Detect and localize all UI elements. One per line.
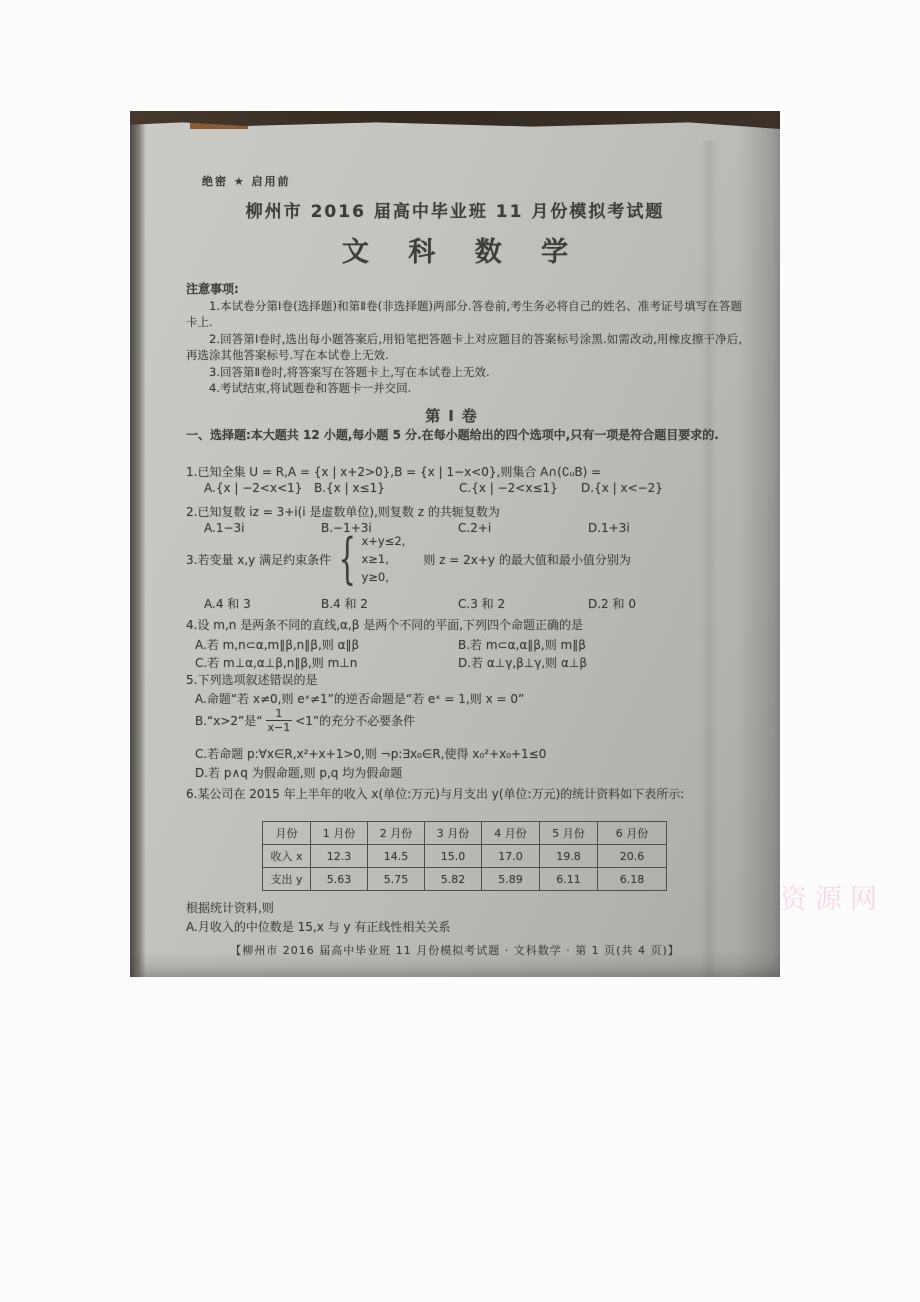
table-header-row: 月份 1 月份 2 月份 3 月份 4 月份 5 月份 6 月份 bbox=[263, 822, 667, 845]
question-6-followup: 根据统计资料,则 bbox=[186, 899, 742, 916]
expense-mar: 5.82 bbox=[425, 868, 482, 891]
income-mar: 15.0 bbox=[425, 845, 482, 868]
question-1-option-b: B.{x | x≤1} bbox=[314, 481, 385, 495]
question-6-option-a: A.月收入的中位数是 15,x 与 y 有正线性相关关系 bbox=[186, 918, 742, 935]
page-footer: 【柳州市 2016 届高中毕业班 11 月份模拟考试题 · 文科数学 · 第 1… bbox=[150, 942, 760, 958]
question-3-stem-post: 则 z = 2x+y 的最大值和最小值分别为 bbox=[423, 551, 631, 568]
question-5-option-d: D.若 p∧q 为假命题,则 p,q 均为假命题 bbox=[195, 764, 402, 781]
header-mar: 3 月份 bbox=[425, 822, 482, 845]
question-4-option-a: A.若 m,n⊂α,m∥β,n∥β,则 α∥β bbox=[195, 636, 359, 653]
paper-content: 绝密 ★ 启用前 柳州市 2016 届高中毕业班 11 月份模拟考试题 文 科 … bbox=[130, 111, 780, 977]
fraction-denominator: x−1 bbox=[266, 720, 293, 734]
question-3-option-b: B.4 和 2 bbox=[321, 595, 368, 612]
note-1: 1.本试卷分第Ⅰ卷(选择题)和第Ⅱ卷(非选择题)两部分.答卷前,考生务必将自己的… bbox=[186, 298, 742, 331]
question-5-option-c: C.若命题 p:∀x∈R,x²+x+1>0,则 ¬p:∃x₀∈R,使得 x₀²+… bbox=[195, 745, 546, 762]
constraint-1: x+y≤2, bbox=[361, 532, 405, 550]
constraint-2: x≥1, bbox=[361, 550, 405, 568]
income-feb: 14.5 bbox=[368, 845, 425, 868]
income-row: 收入 x 12.3 14.5 15.0 17.0 19.8 20.6 bbox=[263, 845, 667, 868]
question-1-stem: 1.已知全集 U = R,A = {x | x+2>0},B = {x | 1−… bbox=[186, 463, 742, 480]
income-jun: 20.6 bbox=[598, 845, 667, 868]
subject-title: 文 科 数 学 bbox=[150, 230, 760, 269]
question-4-options-row-1: A.若 m,n⊂α,m∥β,n∥β,则 α∥β B.若 m⊂α,α∥β,则 m∥… bbox=[186, 636, 742, 653]
note-2: 2.回答第Ⅰ卷时,选出每小题答案后,用铅笔把答题卡上对应题目的答案标号涂黑.如需… bbox=[186, 331, 742, 364]
question-1-option-d: D.{x | x<−2} bbox=[581, 481, 663, 495]
header-apr: 4 月份 bbox=[482, 822, 540, 845]
question-1-options: A.{x | −2<x<1} B.{x | x≤1} C.{x | −2<x≤1… bbox=[186, 481, 742, 498]
option-b-text-pre: B.“x>2”是“ bbox=[195, 712, 263, 729]
income-jan: 12.3 bbox=[311, 845, 368, 868]
income-expense-table: 月份 1 月份 2 月份 3 月份 4 月份 5 月份 6 月份 收入 x 12… bbox=[262, 821, 667, 891]
question-3-options: A.4 和 3 B.4 和 2 C.3 和 2 D.2 和 0 bbox=[186, 595, 742, 612]
expense-jan: 5.63 bbox=[311, 868, 368, 891]
expense-feb: 5.75 bbox=[368, 868, 425, 891]
section-1-heading: 第Ⅰ卷 bbox=[150, 405, 760, 426]
note-4: 4.考试结束,将试题卷和答题卡一并交回. bbox=[186, 380, 742, 397]
question-4-option-d: D.若 α⊥γ,β⊥γ,则 α⊥β bbox=[458, 654, 587, 671]
secrecy-label: 绝密 ★ 启用前 bbox=[202, 173, 291, 189]
question-5-stem: 5.下列选项叙述错误的是 bbox=[186, 671, 742, 688]
expense-jun: 6.18 bbox=[598, 868, 667, 891]
question-1-option-a: A.{x | −2<x<1} bbox=[204, 481, 302, 495]
constraint-brace: { bbox=[339, 532, 356, 586]
question-3-option-a: A.4 和 3 bbox=[204, 595, 251, 612]
question-3-stem: 3.若变量 x,y 满足约束条件 { x+y≤2, x≥1, y≥0, 则 z … bbox=[186, 530, 742, 588]
exam-paper-photo: 绝密 ★ 启用前 柳州市 2016 届高中毕业班 11 月份模拟考试题 文 科 … bbox=[130, 111, 780, 977]
question-3-option-d: D.2 和 0 bbox=[588, 595, 636, 612]
question-1-option-c: C.{x | −2<x≤1} bbox=[459, 481, 558, 495]
question-6-stem: 6.某公司在 2015 年上半年的收入 x(单位:万元)与月支出 y(单位:万元… bbox=[186, 785, 742, 803]
exam-title: 柳州市 2016 届高中毕业班 11 月份模拟考试题 bbox=[150, 197, 760, 222]
question-5-option-b: B.“x>2”是“ 1 x−1 <1”的充分不必要条件 bbox=[195, 705, 415, 735]
question-4-option-c: C.若 m⊥α,α⊥β,n∥β,则 m⊥n bbox=[195, 654, 357, 671]
income-label: 收入 x bbox=[263, 845, 311, 868]
header-may: 5 月份 bbox=[540, 822, 598, 845]
question-3-stem-pre: 3.若变量 x,y 满足约束条件 bbox=[186, 551, 331, 568]
question-4-option-b: B.若 m⊂α,α∥β,则 m∥β bbox=[458, 636, 586, 653]
income-may: 19.8 bbox=[540, 845, 598, 868]
site-watermark: 资源网 bbox=[780, 877, 885, 916]
fraction-numerator: 1 bbox=[266, 707, 293, 720]
notes-heading: 注意事项: bbox=[186, 281, 742, 298]
question-4-options-row-2: C.若 m⊥α,α⊥β,n∥β,则 m⊥n D.若 α⊥γ,β⊥γ,则 α⊥β bbox=[186, 654, 742, 671]
exam-notes: 注意事项: 1.本试卷分第Ⅰ卷(选择题)和第Ⅱ卷(非选择题)两部分.答卷前,考生… bbox=[186, 281, 742, 397]
expense-label: 支出 y bbox=[263, 868, 311, 891]
expense-may: 6.11 bbox=[540, 868, 598, 891]
header-jan: 1 月份 bbox=[311, 822, 368, 845]
income-apr: 17.0 bbox=[482, 845, 540, 868]
question-4-stem: 4.设 m,n 是两条不同的直线,α,β 是两个不同的平面,下列四个命题正确的是 bbox=[186, 616, 742, 633]
fraction: 1 x−1 bbox=[266, 707, 293, 734]
constraint-system: x+y≤2, x≥1, y≥0, bbox=[361, 532, 405, 586]
question-2-stem: 2.已知复数 iz = 3+i(i 是虚数单位),则复数 z 的共轭复数为 bbox=[186, 503, 742, 520]
header-jun: 6 月份 bbox=[598, 822, 667, 845]
expense-row: 支出 y 5.63 5.75 5.82 5.89 6.11 6.18 bbox=[263, 868, 667, 891]
header-feb: 2 月份 bbox=[368, 822, 425, 845]
constraint-3: y≥0, bbox=[361, 568, 405, 586]
question-3-option-c: C.3 和 2 bbox=[458, 595, 505, 612]
header-month: 月份 bbox=[263, 822, 311, 845]
option-b-text-post: <1”的充分不必要条件 bbox=[295, 712, 415, 729]
expense-apr: 5.89 bbox=[482, 868, 540, 891]
note-3: 3.回答第Ⅱ卷时,将答案写在答题卡上,写在本试卷上无效. bbox=[186, 364, 742, 381]
multiple-choice-intro: 一、选择题:本大题共 12 小题,每小题 5 分.在每小题给出的四个选项中,只有… bbox=[186, 427, 742, 444]
